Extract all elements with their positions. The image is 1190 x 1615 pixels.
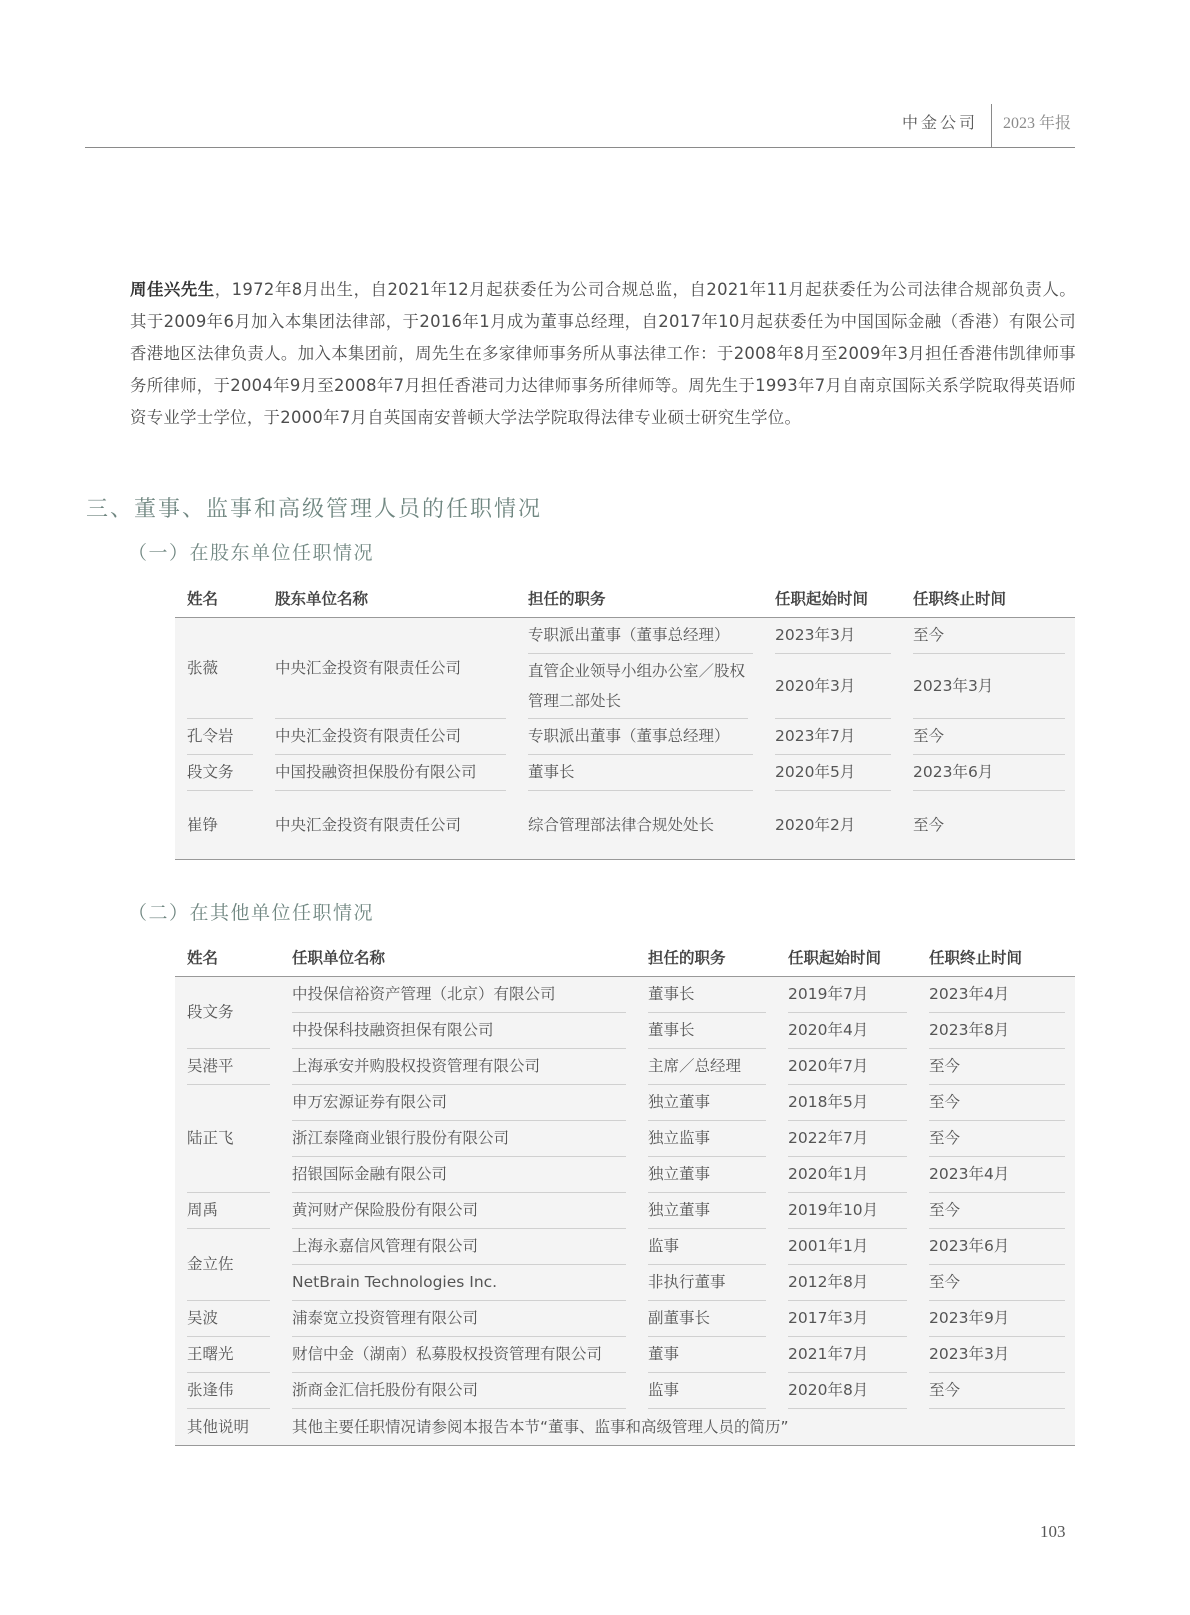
col-header: 股东单位名称 xyxy=(263,579,516,618)
start-cell: 2012年8月 xyxy=(788,1265,907,1301)
org-cell: 浦泰宽立投资管理有限公司 xyxy=(292,1301,626,1337)
end-cell: 至今 xyxy=(929,1265,1065,1301)
table1-subtitle: （一）在股东单位任职情况 xyxy=(128,538,374,565)
role-cell: 综合管理部法律合规处处长 xyxy=(528,810,718,841)
end-cell: 2023年4月 xyxy=(929,1157,1065,1193)
table-header-row: 姓名 股东单位名称 担任的职务 任职起始时间 任职终止时间 xyxy=(175,579,1075,618)
end-cell: 2023年8月 xyxy=(929,1013,1065,1049)
table-row: 吴波 浦泰宽立投资管理有限公司 副董事长 2017年3月 2023年9月 xyxy=(175,1301,1075,1337)
table-row: 孔令岩 中央汇金投资有限责任公司 专职派出董事（董事总经理） 2023年7月 至… xyxy=(175,719,1075,755)
table-row: 吴港平 上海承安并购股权投资管理有限公司 主席／总经理 2020年7月 至今 xyxy=(175,1049,1075,1085)
end-cell: 至今 xyxy=(929,1049,1065,1085)
table-note-row: 其他说明 其他主要任职情况请参阅本报告本节“董事、监事和高级管理人员的简历” xyxy=(175,1409,1075,1446)
bio-name: 周佳兴先生 xyxy=(130,280,215,299)
col-header: 姓名 xyxy=(175,938,280,977)
section-title: 三、董事、监事和高级管理人员的任职情况 xyxy=(86,492,542,523)
start-cell: 2018年5月 xyxy=(788,1085,907,1121)
table-row: 王曙光 财信中金（湖南）私募股权投资管理有限公司 董事 2021年7月 2023… xyxy=(175,1337,1075,1373)
role-cell: 副董事长 xyxy=(648,1301,766,1337)
other-positions-table: 姓名 任职单位名称 担任的职务 任职起始时间 任职终止时间 段文务 中投保信裕资… xyxy=(175,938,1075,1446)
end-cell: 2023年6月 xyxy=(913,755,1065,791)
name-cell: 张薇 xyxy=(187,618,253,719)
org-cell: 招银国际金融有限公司 xyxy=(292,1157,626,1193)
col-header: 任职起始时间 xyxy=(776,938,917,977)
start-cell: 2020年8月 xyxy=(788,1373,907,1409)
role-cell: 监事 xyxy=(648,1373,766,1409)
end-cell: 2023年6月 xyxy=(929,1229,1065,1265)
org-cell: 申万宏源证券有限公司 xyxy=(292,1085,626,1121)
table-row: 金立佐 上海永嘉信风管理有限公司 监事 2001年1月 2023年6月 xyxy=(175,1229,1075,1265)
org-cell: 中央汇金投资有限责任公司 xyxy=(275,618,506,719)
biography-paragraph: 周佳兴先生，1972年8月出生，自2021年12月起获委任为公司合规总监，自20… xyxy=(130,274,1076,434)
table-row: 张逢伟 浙商金汇信托股份有限公司 监事 2020年8月 至今 xyxy=(175,1373,1075,1409)
col-header: 姓名 xyxy=(175,579,263,618)
col-header: 担任的职务 xyxy=(516,579,763,618)
start-cell: 2023年7月 xyxy=(775,719,891,755)
name-cell: 段文务 xyxy=(187,977,270,1049)
start-cell: 2020年7月 xyxy=(788,1049,907,1085)
org-cell: NetBrain Technologies Inc. xyxy=(292,1265,626,1301)
end-cell: 至今 xyxy=(929,1085,1065,1121)
name-cell: 段文务 xyxy=(187,755,253,791)
org-cell: 黄河财产保险股份有限公司 xyxy=(292,1193,626,1229)
table-row: 招银国际金融有限公司 独立董事 2020年1月 2023年4月 xyxy=(175,1157,1075,1193)
company-name: 中金公司 xyxy=(902,110,978,133)
page-header: 中金公司 2023 年报 xyxy=(85,96,1075,148)
end-cell: 至今 xyxy=(913,791,1065,859)
role-cell: 董事长 xyxy=(648,977,766,1013)
role-cell: 董事长 xyxy=(528,755,753,791)
end-cell: 至今 xyxy=(929,1373,1065,1409)
start-cell: 2020年2月 xyxy=(775,791,891,859)
name-cell: 孔令岩 xyxy=(187,719,253,755)
role-cell: 独立董事 xyxy=(648,1157,766,1193)
org-cell: 中国投融资担保股份有限公司 xyxy=(275,755,506,791)
start-cell: 2020年1月 xyxy=(788,1157,907,1193)
bio-text: ，1972年8月出生，自2021年12月起获委任为公司合规总监，自2021年11… xyxy=(130,280,1076,427)
role-cell: 独立董事 xyxy=(648,1085,766,1121)
start-cell: 2022年7月 xyxy=(788,1121,907,1157)
table-row: 浙江泰隆商业银行股份有限公司 独立监事 2022年7月 至今 xyxy=(175,1121,1075,1157)
org-cell: 浙商金汇信托股份有限公司 xyxy=(292,1373,626,1409)
table-row: 中投保科技融资担保有限公司 董事长 2020年4月 2023年8月 xyxy=(175,1013,1075,1049)
start-cell: 2019年10月 xyxy=(788,1193,907,1229)
name-cell: 陆正飞 xyxy=(187,1085,270,1193)
role-cell: 董事长 xyxy=(648,1013,766,1049)
start-cell: 2020年3月 xyxy=(775,655,891,719)
name-cell: 吴波 xyxy=(187,1301,270,1337)
start-cell: 2001年1月 xyxy=(788,1229,907,1265)
org-cell: 上海永嘉信风管理有限公司 xyxy=(292,1229,626,1265)
start-cell: 2017年3月 xyxy=(788,1301,907,1337)
start-cell: 2021年7月 xyxy=(788,1337,907,1373)
role-cell: 独立监事 xyxy=(648,1121,766,1157)
note-label: 其他说明 xyxy=(187,1409,270,1445)
end-cell: 至今 xyxy=(929,1193,1065,1229)
end-cell: 至今 xyxy=(913,618,1065,654)
report-title: 2023 年报 xyxy=(1003,110,1071,133)
table-row: NetBrain Technologies Inc. 非执行董事 2012年8月… xyxy=(175,1265,1075,1301)
table-row: 陆正飞 申万宏源证券有限公司 独立董事 2018年5月 至今 xyxy=(175,1085,1075,1121)
table-header-row: 姓名 任职单位名称 担任的职务 任职起始时间 任职终止时间 xyxy=(175,938,1075,977)
page-number: 103 xyxy=(1040,1522,1066,1542)
table-row: 段文务 中投保信裕资产管理（北京）有限公司 董事长 2019年7月 2023年4… xyxy=(175,977,1075,1013)
org-cell: 财信中金（湖南）私募股权投资管理有限公司 xyxy=(292,1337,626,1373)
name-cell: 吴港平 xyxy=(187,1049,270,1085)
start-cell: 2020年5月 xyxy=(775,755,891,791)
end-cell: 2023年3月 xyxy=(913,655,1065,719)
end-cell: 2023年3月 xyxy=(929,1337,1065,1373)
org-cell: 中央汇金投资有限责任公司 xyxy=(275,719,506,755)
start-cell: 2020年4月 xyxy=(788,1013,907,1049)
role-cell: 专职派出董事（董事总经理） xyxy=(528,618,753,654)
org-cell: 浙江泰隆商业银行股份有限公司 xyxy=(292,1121,626,1157)
name-cell: 金立佐 xyxy=(187,1229,270,1301)
role-cell: 监事 xyxy=(648,1229,766,1265)
end-cell: 2023年9月 xyxy=(929,1301,1065,1337)
shareholder-positions-table: 姓名 股东单位名称 担任的职务 任职起始时间 任职终止时间 张薇 中央汇金投资有… xyxy=(175,579,1075,860)
role-cell: 非执行董事 xyxy=(648,1265,766,1301)
table-row: 张薇 中央汇金投资有限责任公司 专职派出董事（董事总经理） 2023年3月 至今 xyxy=(175,618,1075,654)
table2-subtitle: （二）在其他单位任职情况 xyxy=(128,898,374,925)
role-cell: 直管企业领导小组办公室／股权管理二部处长 xyxy=(528,654,748,719)
role-cell: 主席／总经理 xyxy=(648,1049,766,1085)
role-cell: 专职派出董事（董事总经理） xyxy=(528,719,753,755)
role-cell: 独立董事 xyxy=(648,1193,766,1229)
table-row: 崔铮 中央汇金投资有限责任公司 综合管理部法律合规处处长 2020年2月 至今 xyxy=(175,791,1075,860)
col-header: 任职终止时间 xyxy=(901,579,1075,618)
end-cell: 至今 xyxy=(929,1121,1065,1157)
name-cell: 崔铮 xyxy=(187,791,253,859)
header-divider xyxy=(991,104,992,147)
name-cell: 王曙光 xyxy=(187,1337,270,1373)
col-header: 任职终止时间 xyxy=(917,938,1075,977)
org-cell: 上海承安并购股权投资管理有限公司 xyxy=(292,1049,626,1085)
table-row: 周禹 黄河财产保险股份有限公司 独立董事 2019年10月 至今 xyxy=(175,1193,1075,1229)
start-cell: 2019年7月 xyxy=(788,977,907,1013)
role-cell: 董事 xyxy=(648,1337,766,1373)
table-row: 段文务 中国投融资担保股份有限公司 董事长 2020年5月 2023年6月 xyxy=(175,755,1075,791)
col-header: 任职起始时间 xyxy=(763,579,901,618)
col-header: 任职单位名称 xyxy=(280,938,636,977)
name-cell: 张逢伟 xyxy=(187,1373,270,1409)
org-cell: 中投保信裕资产管理（北京）有限公司 xyxy=(292,977,626,1013)
end-cell: 至今 xyxy=(913,719,1065,755)
name-cell: 周禹 xyxy=(187,1193,270,1229)
org-cell: 中央汇金投资有限责任公司 xyxy=(275,791,506,859)
col-header: 担任的职务 xyxy=(636,938,776,977)
org-cell: 中投保科技融资担保有限公司 xyxy=(292,1013,626,1049)
end-cell: 2023年4月 xyxy=(929,977,1065,1013)
note-text: 其他主要任职情况请参阅本报告本节“董事、监事和高级管理人员的简历” xyxy=(292,1409,1065,1445)
start-cell: 2023年3月 xyxy=(775,618,891,654)
